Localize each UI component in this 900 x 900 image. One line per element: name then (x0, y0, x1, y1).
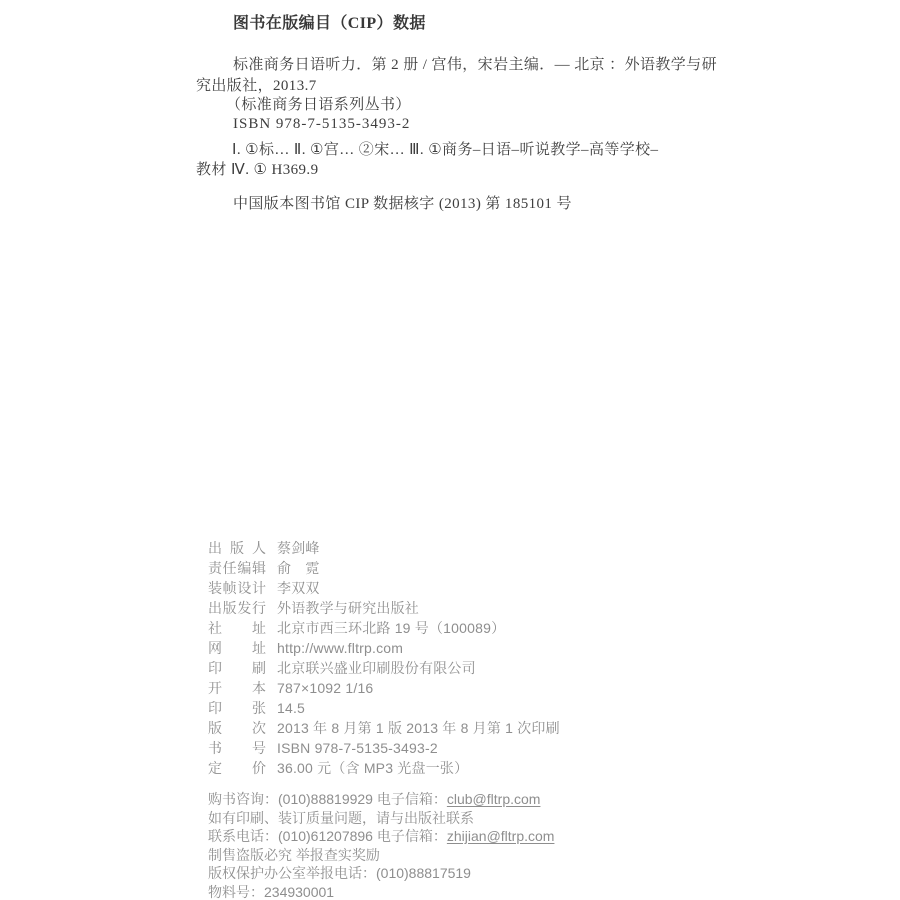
colophon-label: 出版发行 (208, 598, 266, 618)
colophon-value: 俞 霓 (277, 560, 320, 576)
copyright-office-line: 版权保护办公室举报电话：(010)88817519 (208, 864, 828, 883)
colophon-row-publisher: 出版发行外语教学与研究出版社 (208, 598, 768, 618)
colophon-row-format: 开本787×1092 1/16 (208, 678, 768, 698)
cip-isbn: ISBN 978-7-5135-3493-2 (233, 115, 776, 134)
colophon-value: 36.00 元（含 MP3 光盘一张） (277, 760, 468, 776)
quality-email-link: zhijian@fltrp.com (447, 828, 555, 844)
colophon-label: 开本 (208, 678, 266, 698)
colophon-label: 责任编辑 (208, 558, 266, 578)
colophon-value: 787×1092 1/16 (277, 680, 373, 696)
cip-description-line-2: 究出版社，2013.7 (196, 77, 776, 96)
colophon-website-url: http://www.fltrp.com (277, 640, 403, 656)
contact-purchase-text: 购书咨询：(010)88819929 电子信箱： (208, 791, 447, 807)
cip-description-line-1: 标准商务日语听力．第 2 册 / 宫伟，宋岩主编．— 北京 ：外语教学与研 (196, 54, 776, 77)
anti-piracy-line: 制售盗版必究 举报查实奖励 (208, 846, 828, 865)
colophon-row-editor: 责任编辑俞 霓 (208, 558, 768, 578)
colophon-label: 网址 (208, 638, 266, 658)
colophon-row-price: 定价36.00 元（含 MP3 光盘一张） (208, 758, 768, 778)
colophon-label: 印张 (208, 698, 266, 718)
colophon-label: 定价 (208, 758, 266, 778)
purchase-email-link: club@fltrp.com (447, 791, 541, 807)
cip-record-number: 中国版本图书馆 CIP 数据核字 (2013) 第 185101 号 (196, 195, 776, 214)
colophon-value: ISBN 978-7-5135-3493-2 (277, 740, 438, 756)
material-number-line: 物料号：234930001 (208, 883, 828, 900)
colophon-row-website: 网址http://www.fltrp.com (208, 638, 768, 658)
cip-block: 图书在版编目（CIP）数据 标准商务日语听力．第 2 册 / 宫伟，宋岩主编．—… (196, 14, 776, 214)
colophon-label: 书号 (208, 738, 266, 758)
colophon-value: 李双双 (277, 580, 320, 596)
colophon-label: 社址 (208, 618, 266, 638)
contact-block: 购书咨询：(010)88819929 电子信箱：club@fltrp.com 如… (208, 790, 828, 900)
colophon-label: 出版人 (208, 538, 266, 558)
colophon-value: 14.5 (277, 700, 305, 716)
colophon-label: 装帧设计 (208, 578, 266, 598)
cip-series-title: （标准商务日语系列丛书） (226, 96, 776, 115)
colophon-row-designer: 装帧设计李双双 (208, 578, 768, 598)
colophon-label: 版次 (208, 718, 266, 738)
contact-quality-line: 如有印刷、装订质量问题，请与出版社联系 (208, 809, 828, 828)
colophon-row-printer: 印刷北京联兴盛业印刷股份有限公司 (208, 658, 768, 678)
colophon-block: 出版人蔡剑峰 责任编辑俞 霓 装帧设计李双双 出版发行外语教学与研究出版社 社址… (208, 538, 768, 778)
contact-purchase-line: 购书咨询：(010)88819929 电子信箱：club@fltrp.com (208, 790, 828, 809)
colophon-row-publisher-person: 出版人蔡剑峰 (208, 538, 768, 558)
colophon-label: 印刷 (208, 658, 266, 678)
colophon-row-address: 社址北京市西三环北路 19 号（100089） (208, 618, 768, 638)
colophon-value: 蔡剑峰 (277, 540, 320, 556)
colophon-value: 北京联兴盛业印刷股份有限公司 (277, 660, 476, 676)
colophon-value: 北京市西三环北路 19 号（100089） (277, 620, 505, 636)
colophon-row-isbn: 书号ISBN 978-7-5135-3493-2 (208, 738, 768, 758)
colophon-row-edition: 版次2013 年 8 月第 1 版 2013 年 8 月第 1 次印刷 (208, 718, 768, 738)
contact-phone-line: 联系电话：(010)61207896 电子信箱：zhijian@fltrp.co… (208, 827, 828, 846)
colophon-row-sheets: 印张14.5 (208, 698, 768, 718)
cip-classification-line-2: 教材 Ⅳ. ① H369.9 (196, 161, 776, 180)
book-copyright-page: 图书在版编目（CIP）数据 标准商务日语听力．第 2 册 / 宫伟，宋岩主编．—… (0, 0, 900, 900)
colophon-value: 2013 年 8 月第 1 版 2013 年 8 月第 1 次印刷 (277, 720, 560, 736)
contact-phone-text: 联系电话：(010)61207896 电子信箱： (208, 828, 447, 844)
cip-header: 图书在版编目（CIP）数据 (233, 14, 776, 34)
colophon-value: 外语教学与研究出版社 (277, 600, 419, 616)
cip-classification-line-1: Ⅰ. ①标… Ⅱ. ①宫… ②宋… Ⅲ. ①商务–日语–听说教学–高等学校– (196, 139, 776, 161)
